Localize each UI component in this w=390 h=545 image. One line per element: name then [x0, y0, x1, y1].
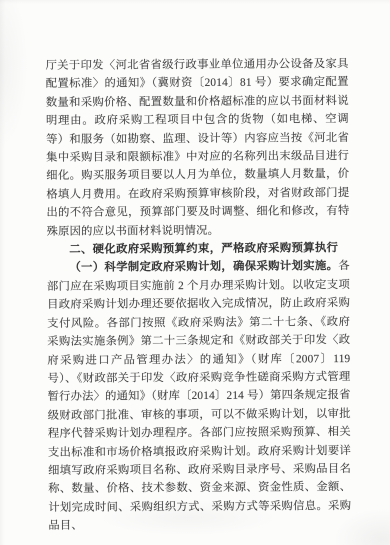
item-one-lead: （一）科学制定政府采购计划，确保采购计划实施。 [69, 261, 338, 275]
paragraph-budget-review: 厅关于印发〈河北省省级行政事业单位通用办公设备及家具配置标准〉的通知》（冀财资〔… [46, 55, 350, 241]
paragraph-procurement-plan: （一）科学制定政府采购计划，确保采购计划实施。各部门应在采购项目实施前 2 个月… [47, 258, 352, 536]
section-heading: 二、硬化政府采购预算约束，严格政府采购预算执行 [47, 239, 350, 259]
item-one-body: 各部门应在采购项目实施前 2 个月办理采购计划。以收定支项目政府采购计划办理还要… [47, 261, 351, 533]
document-page: 厅关于印发〈河北省省级行政事业单位通用办公设备及家具配置标准〉的通知》（冀财资〔… [0, 0, 390, 545]
document-body: 厅关于印发〈河北省省级行政事业单位通用办公设备及家具配置标准〉的通知》（冀财资〔… [46, 55, 352, 535]
